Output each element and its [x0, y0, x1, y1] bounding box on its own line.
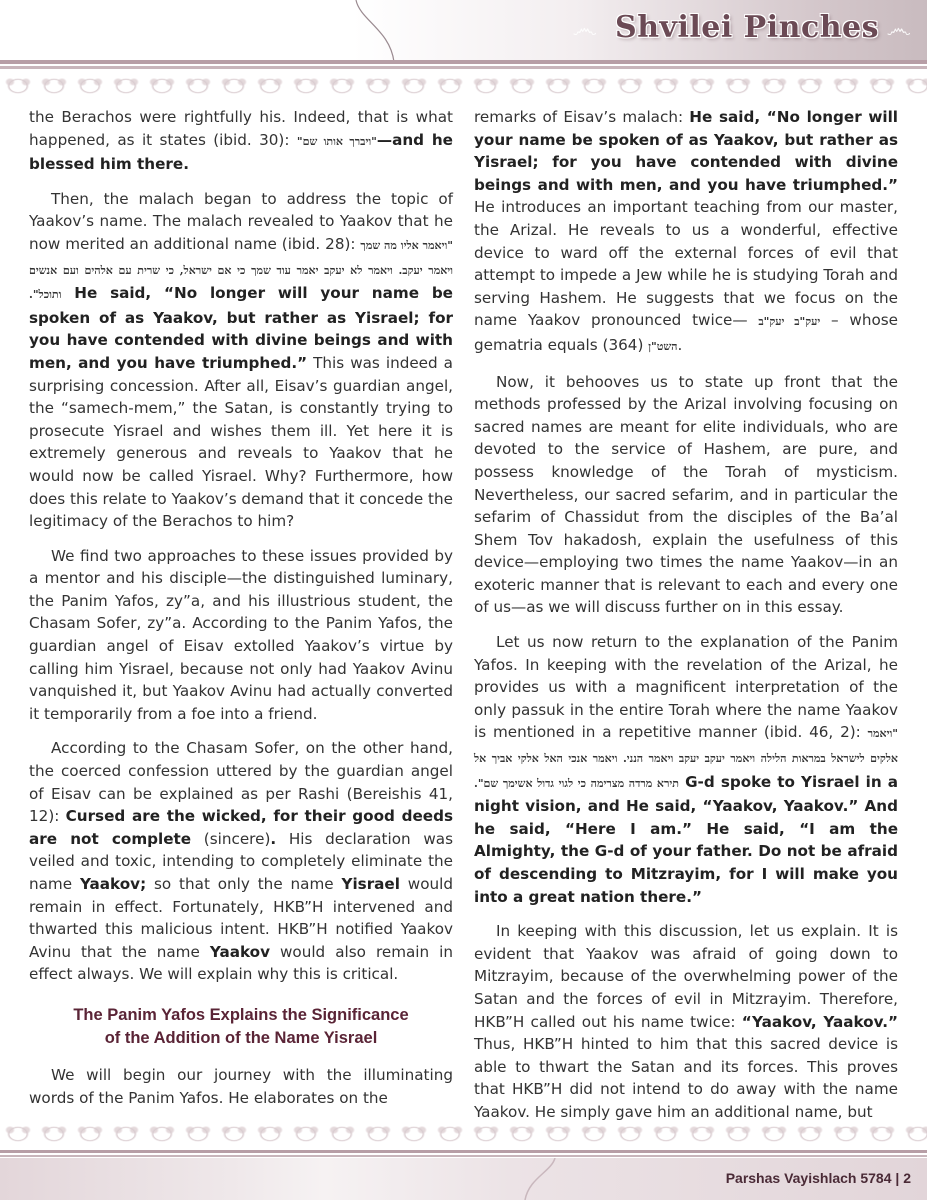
- body-text: so that only the name: [146, 875, 341, 893]
- body-text: This was indeed a surprising concession.…: [29, 354, 453, 530]
- swirl-ornament-icon: ෴: [572, 14, 597, 45]
- header-rule: [0, 66, 927, 69]
- header-rule: [0, 60, 927, 64]
- footer-publication: Parshas Vayishlach 5784 | 2: [726, 1170, 911, 1186]
- body-text: Let us now return to the explanation of …: [474, 633, 898, 741]
- right-column: remarks of Eisav’s malach: He said, “No …: [474, 106, 898, 1136]
- paragraph: According to the Chasam Sofer, on the ot…: [29, 737, 453, 986]
- ornamental-border-bottom: [0, 1118, 927, 1146]
- paragraph: We will begin our journey with the illum…: [29, 1064, 453, 1109]
- section-heading-line: The Panim Yafos Explains the Significanc…: [29, 1004, 453, 1027]
- ornamental-border-top: [0, 70, 927, 98]
- section-heading: The Panim Yafos Explains the Significanc…: [29, 1004, 453, 1050]
- section-heading-line: of the Addition of the Name Yisrael: [29, 1027, 453, 1050]
- hebrew-word: השט"ן: [648, 340, 677, 353]
- body-text: (sincere): [191, 830, 270, 848]
- paragraph: Then, the malach began to address the to…: [29, 188, 453, 533]
- hebrew-word: יעק"ב יעק"ב: [758, 315, 820, 328]
- publication-title: Shvilei Pinches: [615, 10, 879, 45]
- page-number: 2: [903, 1170, 911, 1186]
- footer-rule: [0, 1155, 927, 1157]
- bold-name: Yaakov: [210, 943, 270, 961]
- paragraph: In keeping with this discussion, let us …: [474, 920, 898, 1123]
- left-column: the Berachos were rightfully his. Indeed…: [29, 106, 453, 1121]
- footer-band: Parshas Vayishlach 5784 | 2: [0, 1158, 927, 1200]
- body-text: remarks of Eisav’s malach:: [474, 108, 689, 126]
- page-header: ෴ Shvilei Pinches ෴: [0, 0, 927, 100]
- separator: |: [895, 1170, 899, 1186]
- hebrew-quote: "ויברך אותו שם": [297, 135, 377, 148]
- footer-rule: [0, 1150, 927, 1153]
- bold-name: Yisrael: [341, 875, 400, 893]
- paragraph: We find two approaches to these issues p…: [29, 545, 453, 726]
- body-text: Thus, HKB”H hinted to him that this sacr…: [474, 1035, 898, 1121]
- bold-name: Yaakov;: [80, 875, 146, 893]
- paragraph: Now, it behooves us to state up front th…: [474, 371, 898, 620]
- paragraph: Let us now return to the explanation of …: [474, 631, 898, 908]
- bold-quote: “Yaakov, Yaakov.”: [742, 1013, 898, 1031]
- bold-translation: G-d spoke to Yisrael in a night vision, …: [474, 773, 898, 906]
- parsha-label: Parshas Vayishlach 5784: [726, 1170, 892, 1186]
- footer-curve-decoration: [515, 1158, 565, 1200]
- page-footer: Parshas Vayishlach 5784 | 2: [0, 1110, 927, 1200]
- header-curve-decoration: [350, 0, 410, 62]
- paragraph: remarks of Eisav’s malach: He said, “No …: [474, 106, 898, 359]
- paragraph: the Berachos were rightfully his. Indeed…: [29, 106, 453, 176]
- swirl-ornament-icon: ෴: [886, 14, 911, 45]
- body-text: He introduces an important teaching from…: [474, 198, 898, 329]
